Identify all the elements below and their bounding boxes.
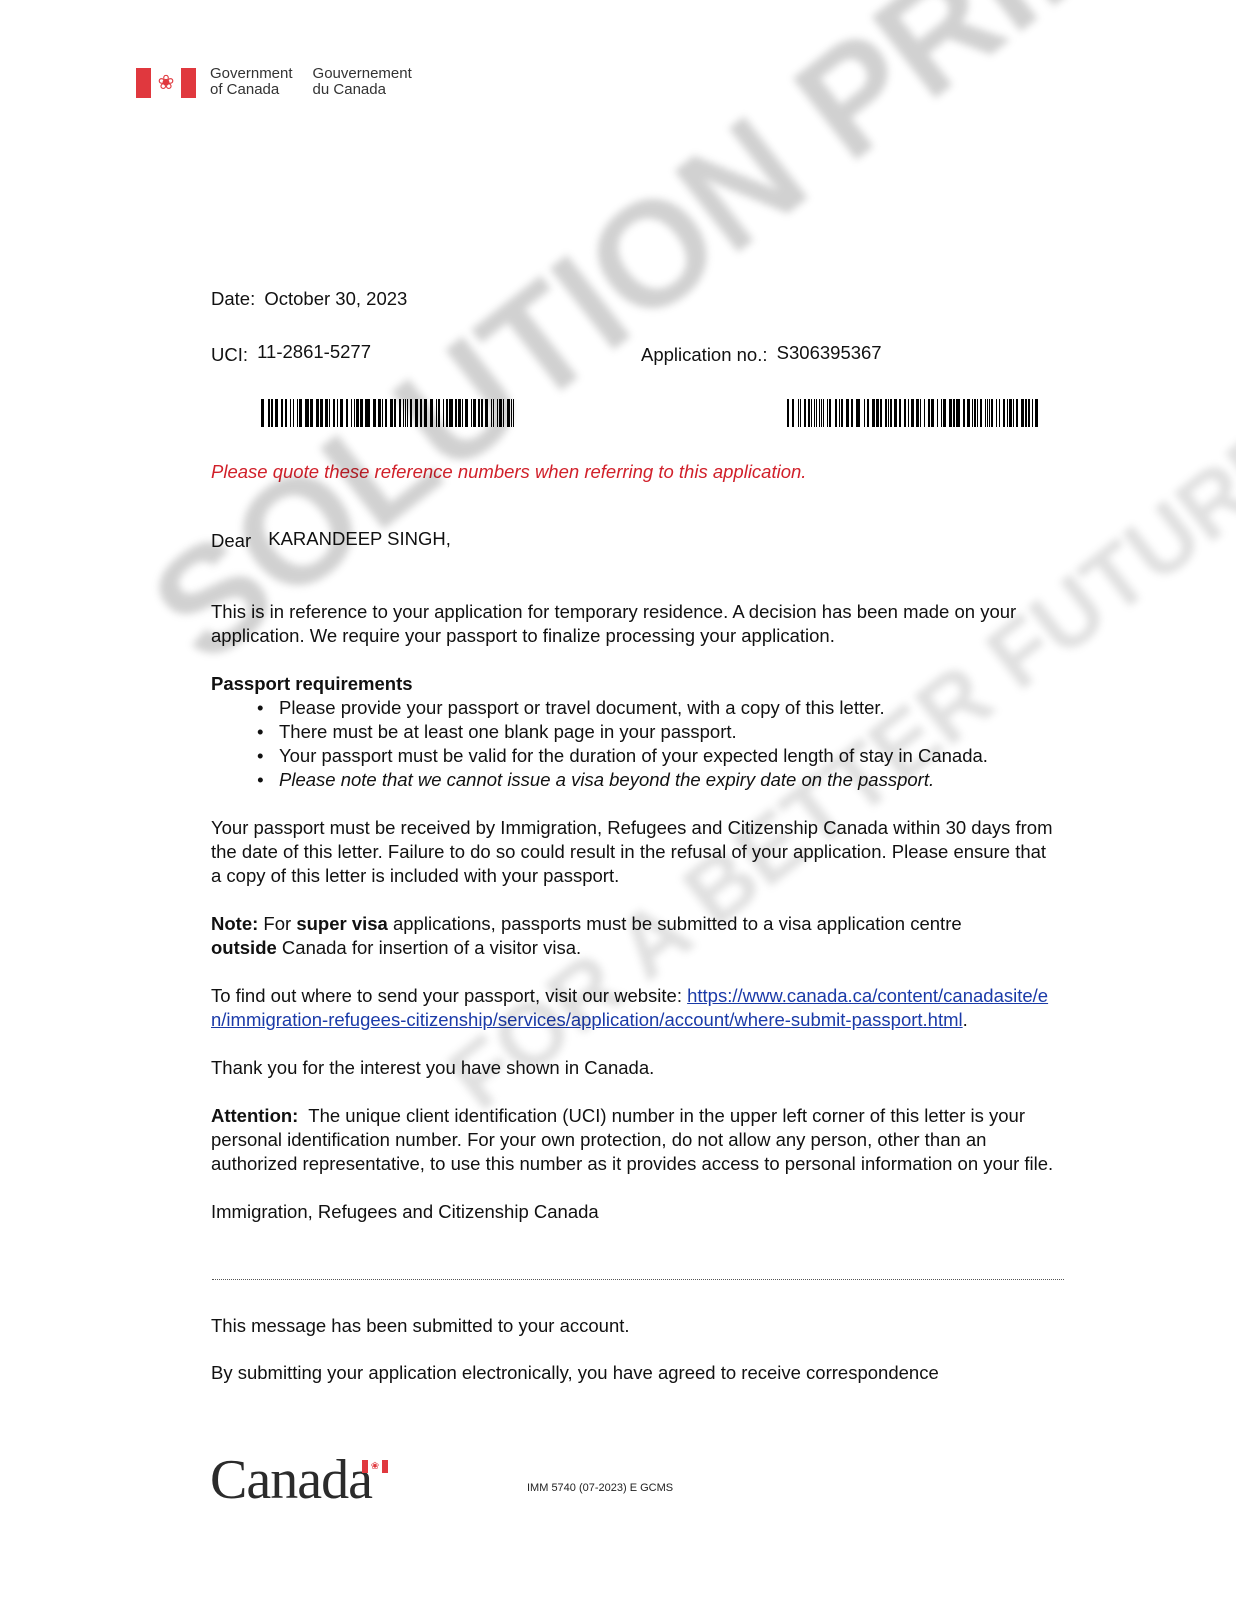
uci-barcode <box>262 399 516 427</box>
uci-value: 11-2861-5277 <box>257 340 371 364</box>
salutation: Dear KARANDEEP SINGH, <box>211 529 451 553</box>
website-paragraph: To find out where to send your passport,… <box>211 984 1061 1032</box>
dotted-divider <box>212 1279 1064 1280</box>
letter-body: This is in reference to your application… <box>211 600 1061 1224</box>
reference-quote-note: Please quote these reference numbers whe… <box>211 460 806 484</box>
electronic-consent-message: By submitting your application electroni… <box>211 1361 939 1385</box>
date-label: Date: <box>211 288 255 309</box>
date-line: Date: October 30, 2023 <box>211 287 407 311</box>
note-paragraph: Note: For super visa applications, passp… <box>211 912 1031 960</box>
note-text: Canada for insertion of a visitor visa. <box>277 937 581 958</box>
note-text: For <box>258 913 296 934</box>
application-number-line: Application no.: S306395367 <box>641 343 882 367</box>
uci-label: UCI: <box>211 344 248 365</box>
attention-text: The unique client identification (UCI) n… <box>211 1105 1053 1174</box>
salutation-word: Dear <box>211 530 251 551</box>
deadline-paragraph: Your passport must be received by Immigr… <box>211 816 1061 888</box>
requirement-item: Please provide your passport or travel d… <box>279 696 1061 720</box>
requirement-item: Your passport must be valid for the dura… <box>279 744 1061 768</box>
signature-english: Government of Canada <box>210 66 293 98</box>
wordmark-flag-icon: ❀ <box>362 1460 388 1473</box>
canada-flag-icon: ❀ <box>136 68 196 98</box>
requirement-item: There must be at least one blank page in… <box>279 720 1061 744</box>
wordmark-text: Canada <box>210 1449 372 1511</box>
note-text: applications, passports must be submitte… <box>388 913 962 934</box>
application-label: Application no.: <box>641 344 768 365</box>
intro-paragraph: This is in reference to your application… <box>211 600 1061 648</box>
canada-wordmark: Canada ❀ <box>210 1448 372 1518</box>
attention-paragraph: Attention: The unique client identificat… <box>211 1104 1061 1176</box>
signature-french: Gouvernement du Canada <box>313 66 412 98</box>
requirements-heading: Passport requirements <box>211 672 1061 696</box>
uci-line: UCI: 11-2861-5277 <box>211 343 371 367</box>
application-value: S306395367 <box>777 341 882 365</box>
requirements-list: Please provide your passport or travel d… <box>211 696 1061 792</box>
signature-block: Immigration, Refugees and Citizenship Ca… <box>211 1200 1061 1224</box>
note-emphasis: super visa <box>296 913 388 934</box>
submitted-message: This message has been submitted to your … <box>211 1314 630 1338</box>
application-barcode <box>787 399 1041 427</box>
attention-label: Attention: <box>211 1105 298 1126</box>
requirement-item: Please note that we cannot issue a visa … <box>279 768 1061 792</box>
website-text: To find out where to send your passport,… <box>211 985 687 1006</box>
note-emphasis: outside <box>211 937 277 958</box>
government-signature: ❀ Government of Canada Gouvernement du C… <box>136 66 412 98</box>
thanks-paragraph: Thank you for the interest you have show… <box>211 1056 1061 1080</box>
recipient-name: KARANDEEP SINGH, <box>268 528 451 549</box>
form-code: IMM 5740 (07-2023) E GCMS <box>527 1482 673 1494</box>
date-value: October 30, 2023 <box>264 287 407 311</box>
note-label: Note: <box>211 913 258 934</box>
